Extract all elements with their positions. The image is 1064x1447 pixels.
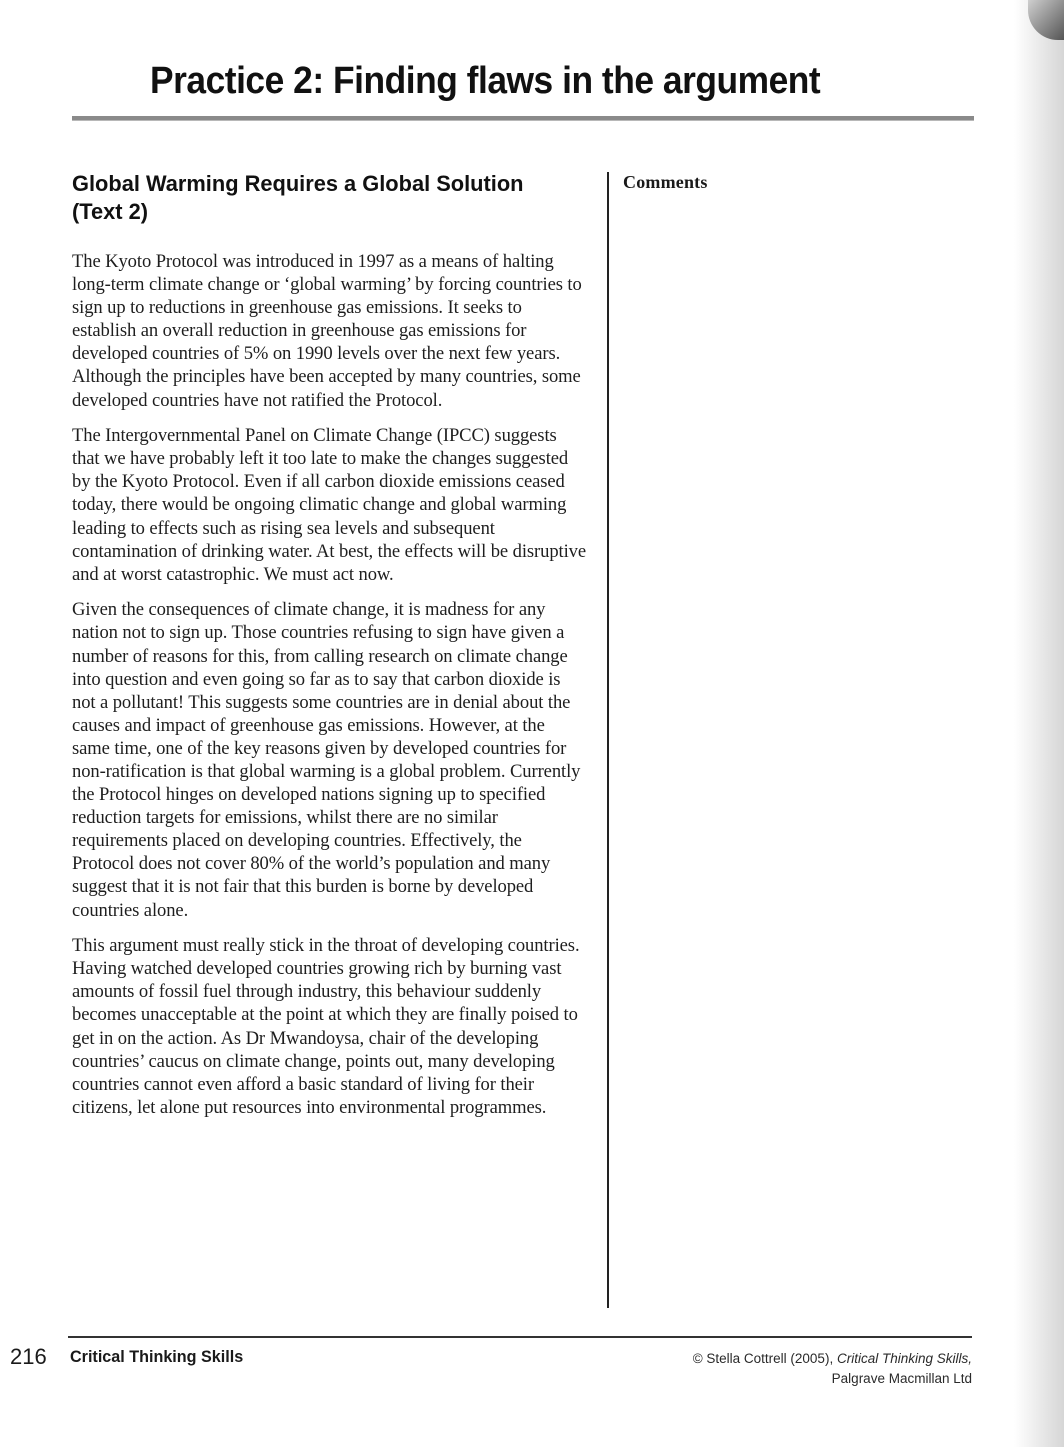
footer-rule bbox=[68, 1336, 972, 1338]
footer-book-title: Critical Thinking Skills bbox=[70, 1347, 243, 1367]
publisher: Palgrave Macmillan Ltd bbox=[693, 1369, 972, 1389]
page-title: Practice 2: Finding flaws in the argumen… bbox=[150, 60, 820, 103]
copyright-book-title: Critical Thinking Skills, bbox=[837, 1351, 972, 1366]
comments-label: Comments bbox=[623, 172, 708, 193]
copyright-notice: © Stella Cottrell (2005), Critical Think… bbox=[693, 1349, 972, 1389]
article-column: Global Warming Requires a Global Solutio… bbox=[72, 170, 587, 1131]
column-divider bbox=[607, 172, 609, 1308]
article-title: Global Warming Requires a Global Solutio… bbox=[72, 170, 572, 226]
copyright-prefix: © Stella Cottrell (2005), bbox=[693, 1351, 837, 1366]
article-paragraph-4: This argument must really stick in the t… bbox=[72, 934, 587, 1119]
title-rule bbox=[72, 116, 974, 121]
page-number: 216 bbox=[10, 1344, 47, 1370]
article-paragraph-1: The Kyoto Protocol was introduced in 199… bbox=[72, 250, 587, 412]
page-edge-shadow bbox=[1014, 0, 1064, 1447]
article-paragraph-3: Given the consequences of climate change… bbox=[72, 598, 587, 921]
article-paragraph-2: The Intergovernmental Panel on Climate C… bbox=[72, 424, 587, 586]
